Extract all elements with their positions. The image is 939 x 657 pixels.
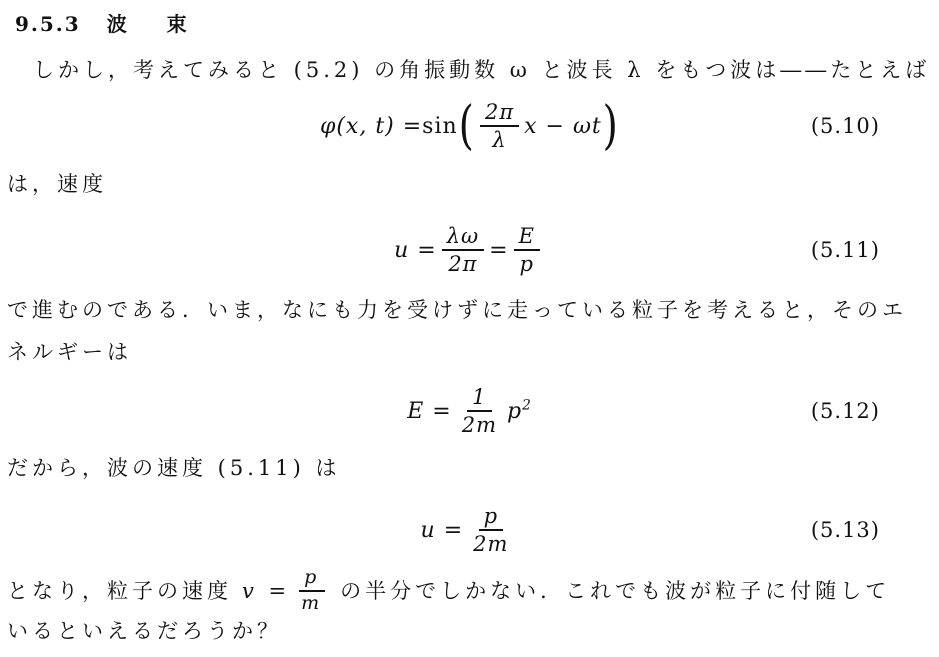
equation-5-10-body: φ(x, t) = sin ( 2π λ x − ωt ) xyxy=(320,100,619,152)
paragraph-energy-line-1: で進むのである．いま，なにも力を受けずに走っている粒子を考えると，そのエ xyxy=(7,289,932,331)
eq513-lhs: u = xyxy=(421,518,464,543)
section-heading: 9.5.3波 束 xyxy=(15,8,932,37)
eq510-lhs: φ(x, t) = xyxy=(320,114,422,139)
equation-5-12-body: E = 1 2m p2 xyxy=(407,385,532,437)
eq511-fraction-1-numerator: λω xyxy=(442,224,484,251)
inline-fraction-p-over-m: p m xyxy=(296,567,328,615)
equation-5-11: u = λω 2π = E p (5.11) xyxy=(7,219,932,281)
equation-number-5-10: (5.10) xyxy=(811,114,880,138)
eq510-fraction-denominator: λ xyxy=(487,127,511,152)
eq510-sin: sin xyxy=(422,114,458,139)
eq512-p-squared: p2 xyxy=(507,399,532,424)
section-number: 9.5.3 xyxy=(15,12,81,36)
equation-5-13-body: u = p 2m xyxy=(421,504,519,556)
eq510-open-paren: ( xyxy=(458,100,474,152)
eq513-fraction-numerator: p xyxy=(479,504,503,531)
paragraph-conclusion: となり，粒子の速度 v = p m の半分でしかない．これでも波が粒子に付随して… xyxy=(7,567,932,647)
equation-5-11-body: u = λω 2π = E p xyxy=(394,224,545,276)
eq511-fraction-2-numerator: E xyxy=(514,224,540,251)
textbook-page: 9.5.3波 束 しかし，考えてみると (5.2) の角振動数 ω と波長 λ … xyxy=(0,0,939,657)
paragraph-energy: で進むのである．いま，なにも力を受けずに走っている粒子を考えると，そのエ ネルギ… xyxy=(7,289,932,373)
equation-5-12: E = 1 2m p2 (5.12) xyxy=(7,381,932,441)
eq512-exponent: 2 xyxy=(522,397,532,413)
equation-number-5-11: (5.11) xyxy=(811,238,880,262)
conclusion-before-math: となり，粒子の速度 xyxy=(7,578,232,604)
paragraph-therefore: だから，波の速度 (5.11) は xyxy=(7,455,932,481)
paragraph-speed-lead: は，速度 xyxy=(7,171,932,197)
paragraph-conclusion-line-2: いるといえるだろうか？ xyxy=(7,615,932,647)
eq510-fraction: 2π λ xyxy=(480,100,519,152)
eq510-argument-rest: x − ωt xyxy=(524,114,602,139)
eq510-close-paren: ) xyxy=(602,100,618,152)
eq510-fraction-numerator: 2π xyxy=(480,100,519,127)
conclusion-after-math: の半分でしかない．これでも波が粒子に付随して xyxy=(340,578,890,604)
eq513-fraction-denominator: 2m xyxy=(468,531,513,556)
eq513-fraction: p 2m xyxy=(468,504,513,556)
eq511-equals: = xyxy=(489,238,508,263)
equation-number-5-12: (5.12) xyxy=(811,399,880,423)
eq512-lhs: E = xyxy=(407,399,452,424)
eq512-p: p xyxy=(507,399,522,424)
eq511-fraction-1: λω 2π xyxy=(442,224,484,276)
eq511-fraction-2: E p xyxy=(514,224,540,276)
eq511-lhs: u = xyxy=(394,238,437,263)
eq512-fraction-numerator: 1 xyxy=(467,385,491,412)
eq512-fraction: 1 2m xyxy=(457,385,502,437)
inline-fraction-denominator: m xyxy=(296,592,328,615)
equation-5-10: φ(x, t) = sin ( 2π λ x − ωt ) (5.10) xyxy=(7,95,932,157)
inline-v-equals: v = xyxy=(242,578,290,604)
paragraph-energy-line-2: ネルギーは xyxy=(7,331,932,373)
eq511-fraction-1-denominator: 2π xyxy=(443,251,482,276)
eq512-fraction-denominator: 2m xyxy=(457,412,502,437)
paragraph-intro: しかし，考えてみると (5.2) の角振動数 ω と波長 λ をもつ波は――たと… xyxy=(7,57,932,83)
paragraph-conclusion-line-1: となり，粒子の速度 v = p m の半分でしかない．これでも波が粒子に付随して xyxy=(7,567,932,615)
equation-5-13: u = p 2m (5.13) xyxy=(7,499,932,561)
equation-number-5-13: (5.13) xyxy=(811,518,880,542)
inline-fraction-numerator: p xyxy=(299,567,325,592)
section-title: 波 束 xyxy=(107,12,197,36)
eq511-fraction-2-denominator: p xyxy=(515,251,539,276)
